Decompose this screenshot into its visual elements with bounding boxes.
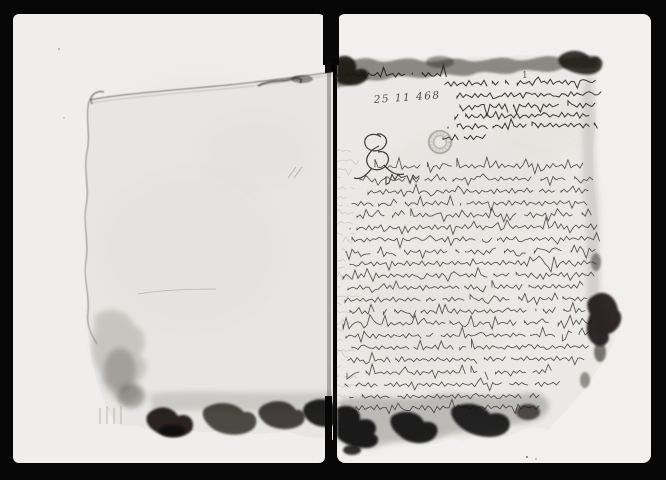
- dust-speck: [63, 117, 65, 119]
- manuscript-scan: 25 11 468 1: [0, 0, 666, 480]
- folio-number: 1: [522, 71, 528, 81]
- register-scan-image: 25 11 468 1: [0, 0, 666, 480]
- left-damaged-leaf: [58, 48, 336, 440]
- dust-speck: [58, 48, 60, 50]
